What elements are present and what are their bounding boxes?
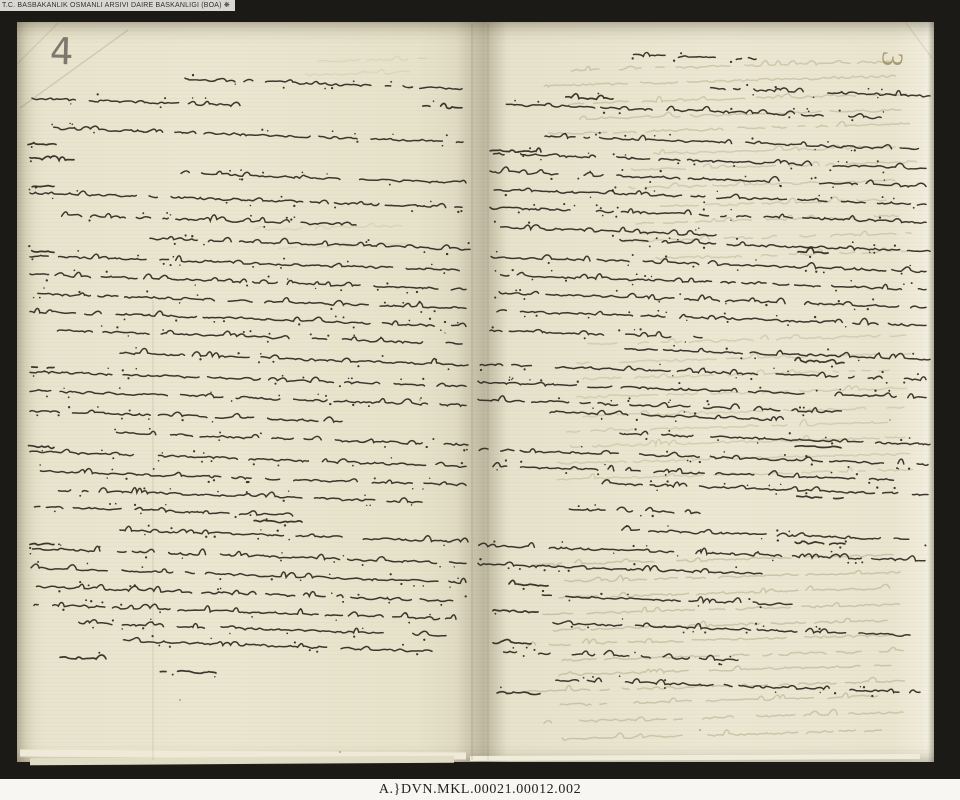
edge-shading — [17, 22, 934, 762]
document-spread — [17, 22, 934, 762]
stacked-sheet-edge — [30, 756, 454, 766]
caption-bar: A.}DVN.MKL.00021.00012.002 — [0, 779, 960, 800]
reference-code: A.}DVN.MKL.00021.00012.002 — [379, 782, 581, 798]
scan-viewer-frame: T.C. BASBAKANLIK OSMANLI ARSIVI DAIRE BA… — [0, 0, 960, 800]
folio-number-pencil: 4 — [49, 30, 74, 74]
archive-watermark-label: T.C. BASBAKANLIK OSMANLI ARSIVI DAIRE BA… — [0, 0, 235, 11]
